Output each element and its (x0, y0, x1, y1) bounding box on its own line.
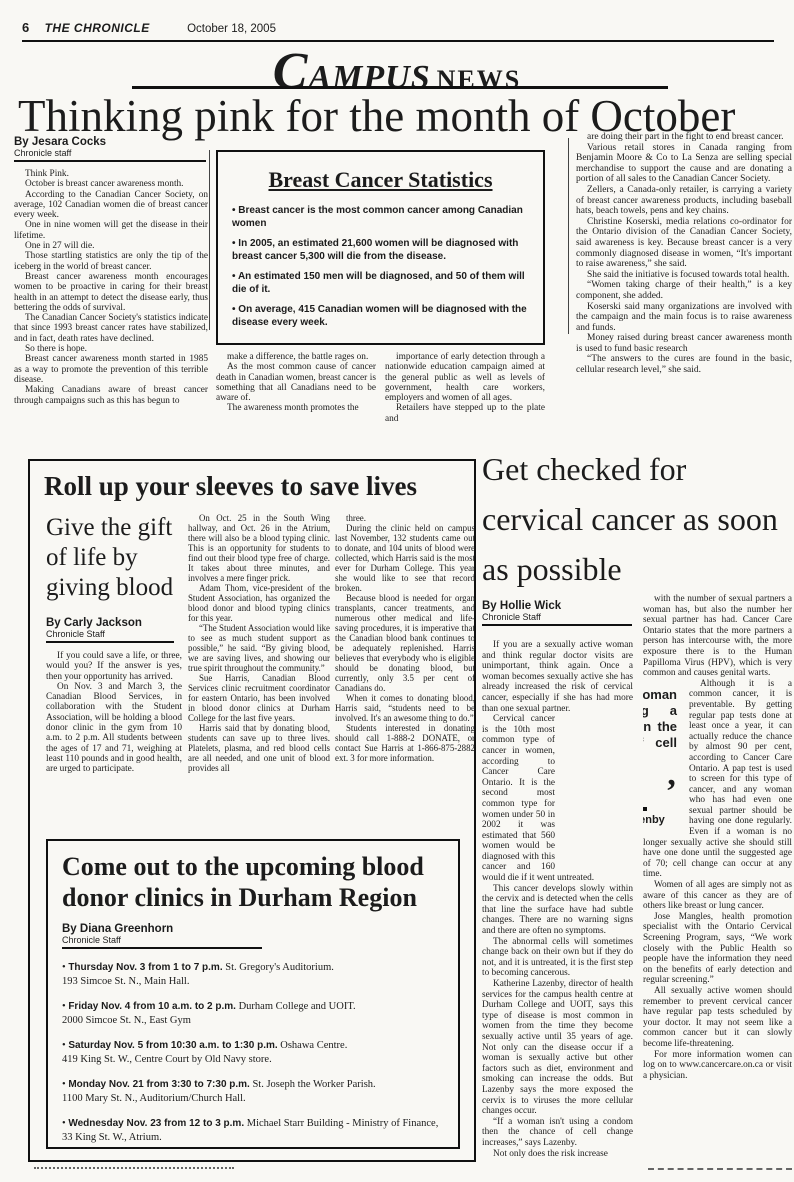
stat-item: • Breast cancer is the most common cance… (232, 205, 529, 230)
stat-text: An estimated 150 men will be diagnosed, … (232, 271, 525, 295)
cervical-col2-lead: with the number of sexual partners a wom… (643, 594, 792, 679)
paragraph: Women of all ages are simply not as awar… (643, 880, 792, 912)
paragraph: So there is hope. (14, 344, 208, 354)
stat-text: Breast cancer is the most common cancer … (232, 205, 523, 229)
lead-article-column-2b: importance of early detection through a … (385, 352, 545, 459)
blood-article-subhead: Give the gift of life by giving blood (46, 513, 182, 603)
page-number: 6 (22, 20, 29, 35)
byline-author: By Carly Jackson (46, 617, 174, 629)
stat-item: • In 2005, an estimated 21,600 women wil… (232, 238, 529, 263)
clinics-box: Come out to the upcoming blood donor cli… (46, 839, 460, 1149)
paragraph: The Canadian Cancer Society's statistics… (14, 313, 208, 344)
byline-author: By Diana Greenhorn (62, 923, 262, 935)
blood-article-column-1: Give the gift of life by giving blood By… (46, 513, 182, 837)
close-quote-icon: ’ (643, 783, 677, 801)
clinic-datetime-venue: • Monday Nov. 21 from 3:30 to 7:30 p.m. … (62, 1078, 444, 1091)
paragraph: “Women taking charge of their health,” i… (576, 280, 792, 301)
clinic-datetime: Thursday Nov. 3 from 1 to 7 p.m. (68, 962, 222, 973)
clinic-datetime-venue: • Saturday Nov. 5 from 10:30 a.m. to 1:3… (62, 1039, 444, 1052)
paragraph: Breast cancer awareness month encourages… (14, 272, 208, 313)
clinics-byline: By Diana Greenhorn Chronicle Staff (62, 923, 262, 949)
cervical-article-column-1: If you are a sexually active woman and t… (482, 640, 633, 1180)
paragraph: Those startling statistics are only the … (14, 251, 208, 272)
paragraph: Because blood is needed for organ transp… (335, 593, 475, 693)
paragraph: As the most common cause of cancer death… (216, 362, 376, 403)
blood-byline: By Carly Jackson Chronicle Staff (46, 617, 174, 643)
paragraph: Jose Mangles, health promotion specialis… (643, 912, 792, 986)
lead-article-column-3: are doing their part in the fight to end… (576, 132, 792, 459)
byline-author: By Hollie Wick (482, 600, 632, 612)
clinic-datetime: Friday Nov. 4 from 10 a.m. to 2 p.m. (68, 1001, 236, 1012)
stat-text: In 2005, an estimated 21,600 women will … (232, 238, 518, 262)
paragraph: “The answers to the cures are found in t… (576, 354, 792, 375)
lead-article-column-1: Think Pink.October is breast cancer awar… (14, 169, 208, 458)
paragraph: Sue Harris, Canadian Blood Services clin… (188, 673, 330, 723)
paragraph: For more information women can log on to… (643, 1050, 792, 1082)
paragraph: “The Student Association would like to s… (188, 623, 330, 673)
column-rule (209, 150, 210, 330)
paragraph: One in 27 will die. (14, 241, 208, 251)
newspaper-page: 6 THE CHRONICLE October 18, 2005 CAMPUSN… (0, 0, 794, 1182)
bullet-icon: • (232, 205, 236, 216)
paragraph: Christine Koserski, media relations co-o… (576, 217, 792, 270)
paragraph: Adam Thom, vice-president of the Student… (188, 583, 330, 623)
paragraph: “If a woman isn't using a condom then th… (482, 1117, 633, 1149)
clinic-address: 1100 Mary St. N., Auditorium/Church Hall… (62, 1092, 444, 1105)
byline-author: By Jesara Cocks (14, 136, 206, 148)
clinic-address: 33 King St. W., Atrium. (62, 1131, 444, 1144)
paragraph: Koserski said many organizations are inv… (576, 302, 792, 334)
paragraph: with the number of sexual partners a wom… (643, 594, 792, 679)
issue-date: October 18, 2005 (187, 23, 276, 35)
lead-article-column-2a: make a difference, the battle rages on.A… (216, 352, 376, 459)
paragraph: One in nine women will get the disease i… (14, 220, 208, 241)
paragraph: If you could save a life, or three, woul… (46, 651, 182, 682)
paragraph: She said the initiative is focused towar… (576, 270, 792, 281)
paragraph: The abnormal cells will sometimes change… (482, 937, 633, 979)
clinic-datetime-venue: • Wednesday Nov. 23 from 12 to 3 p.m. Mi… (62, 1117, 444, 1130)
stat-item: • An estimated 150 men will be diagnosed… (232, 271, 529, 296)
clinic-venue: Oshawa Centre. (278, 1040, 348, 1051)
clinic-item: • Saturday Nov. 5 from 10:30 a.m. to 1:3… (62, 1039, 444, 1066)
clinic-datetime-venue: • Thursday Nov. 3 from 1 to 7 p.m. St. G… (62, 961, 444, 974)
paragraph: On Nov. 3 and March 3, the Canadian Bloo… (46, 682, 182, 775)
clinic-venue: Michael Starr Building - Ministry of Fin… (244, 1118, 438, 1129)
paragraph: If you are a sexually active woman and t… (482, 640, 633, 714)
paragraph: importance of early detection through a … (385, 352, 545, 403)
paragraph: Harris said that by donating blood, stud… (188, 723, 330, 773)
clinic-datetime: Wednesday Nov. 23 from 12 to 3 p.m. (68, 1118, 244, 1129)
stat-text: On average, 415 Canadian women will be d… (232, 304, 527, 328)
clinic-item: • Monday Nov. 21 from 3:30 to 7:30 p.m. … (62, 1078, 444, 1105)
attribution-rule (643, 807, 647, 811)
blood-article-column-3: three.During the clinic held on campus l… (335, 513, 475, 837)
paragraph: Various retail stores in Canada ranging … (576, 143, 792, 185)
paragraph: Money raised during breast cancer awaren… (576, 333, 792, 354)
bullet-icon: • (232, 271, 236, 282)
paragraph: The awareness month promotes the (216, 403, 376, 413)
cervical-col1-lead: If you are a sexually active woman and t… (482, 640, 633, 714)
stats-list: • Breast cancer is the most common cance… (232, 205, 529, 329)
breast-cancer-stats-box: Breast Cancer Statistics • Breast cancer… (216, 150, 545, 345)
byline-organization: Chronicle Staff (482, 612, 632, 626)
column-rule (568, 138, 569, 334)
bullet-icon: • (232, 238, 236, 249)
paragraph: Katherine Lazenby, director of health se… (482, 979, 633, 1117)
clinic-address: 419 King St. W., Centre Court by Old Nav… (62, 1053, 444, 1066)
stats-box-title: Breast Cancer Statistics (218, 167, 543, 193)
bullet-icon: • (232, 304, 236, 315)
clinic-datetime-venue: • Friday Nov. 4 from 10 a.m. to 2 p.m. D… (62, 1000, 444, 1013)
pull-quote: ‘If a woman isn't using a condom then th… (643, 685, 681, 828)
bullet-icon: • (62, 1118, 66, 1129)
paragraph: During the clinic held on campus last No… (335, 523, 475, 593)
bullet-icon: • (62, 1001, 66, 1012)
clinics-headline: Come out to the upcoming blood donor cli… (62, 851, 454, 913)
clinic-venue: St. Joseph the Worker Parish. (250, 1079, 376, 1090)
clinic-item: • Thursday Nov. 3 from 1 to 7 p.m. St. G… (62, 961, 444, 988)
bullet-icon: • (62, 1079, 66, 1090)
clinic-venue: St. Gregory's Auditorium. (223, 962, 334, 973)
blood-article-box: Roll up your sleeves to save lives Give … (28, 459, 476, 1162)
paragraph: Breast cancer awareness month started in… (14, 354, 208, 385)
blood-article-col1-text: If you could save a life, or three, woul… (46, 651, 182, 779)
paragraph: Think Pink. (14, 169, 208, 179)
clinic-address: 193 Simcoe St. N., Main Hall. (62, 975, 444, 988)
cervical-byline: By Hollie Wick Chronicle Staff (482, 600, 632, 626)
clinic-item: • Friday Nov. 4 from 10 a.m. to 2 p.m. D… (62, 1000, 444, 1027)
scan-artifact (34, 1167, 234, 1169)
pull-quote-attribution: Katherine Lazenby (643, 815, 677, 826)
clinic-address: 2000 Simcoe St. N., East Gym (62, 1014, 444, 1027)
byline-organization: Chronicle Staff (62, 935, 262, 949)
scan-artifact (648, 1168, 792, 1170)
publication-name: THE CHRONICLE (45, 21, 150, 35)
page-header: 6 THE CHRONICLE October 18, 2005 (22, 20, 774, 35)
masthead-rule (132, 86, 668, 89)
clinics-list: • Thursday Nov. 3 from 1 to 7 p.m. St. G… (62, 961, 444, 1144)
bullet-icon: • (62, 1040, 66, 1051)
cervical-article-column-2: with the number of sexual partners a wom… (643, 594, 792, 1180)
bullet-icon: • (62, 962, 66, 973)
paragraph: are doing their part in the fight to end… (576, 132, 792, 143)
pull-quote-spacer (555, 714, 633, 866)
paragraph: This cancer develops slowly within the c… (482, 884, 633, 937)
paragraph: three. (335, 513, 475, 523)
lead-byline: By Jesara Cocks Chronicle staff (14, 136, 206, 162)
paragraph: According to the Canadian Cancer Society… (14, 190, 208, 221)
stat-item: • On average, 415 Canadian women will be… (232, 304, 529, 329)
paragraph: Making Canadians aware of breast cancer … (14, 385, 208, 406)
paragraph: On Oct. 25 in the South Wing hallway, an… (188, 513, 330, 583)
paragraph: Not only does the risk increase (482, 1149, 633, 1160)
paragraph: All sexually active women should remembe… (643, 986, 792, 1050)
clinic-item: • Wednesday Nov. 23 from 12 to 3 p.m. Mi… (62, 1117, 444, 1144)
blood-article-column-2: On Oct. 25 in the South Wing hallway, an… (188, 513, 330, 837)
blood-article-headline: Roll up your sleeves to save lives (44, 471, 474, 502)
pull-quote-text: If a woman isn't using a condom then the… (643, 687, 677, 782)
paragraph: Students interested in donating should c… (335, 723, 475, 763)
paragraph: When it comes to donating blood, Harris … (335, 693, 475, 723)
paragraph: October is breast cancer awareness month… (14, 179, 208, 189)
cervical-article-headline: Get checked for cervical cancer as soon … (482, 444, 782, 594)
byline-organization: Chronicle Staff (46, 629, 174, 643)
paragraph: make a difference, the battle rages on. (216, 352, 376, 362)
clinic-datetime: Monday Nov. 21 from 3:30 to 7:30 p.m. (68, 1079, 250, 1090)
byline-organization: Chronicle staff (14, 148, 206, 162)
paragraph: Zellers, a Canada-only retailer, is carr… (576, 185, 792, 217)
paragraph: Retailers have stepped up to the plate a… (385, 403, 545, 424)
clinic-venue: Durham College and UOIT. (236, 1001, 356, 1012)
pull-quote-body: ‘If a woman isn't using a condom then th… (643, 687, 677, 801)
clinic-datetime: Saturday Nov. 5 from 10:30 a.m. to 1:30 … (68, 1040, 277, 1051)
